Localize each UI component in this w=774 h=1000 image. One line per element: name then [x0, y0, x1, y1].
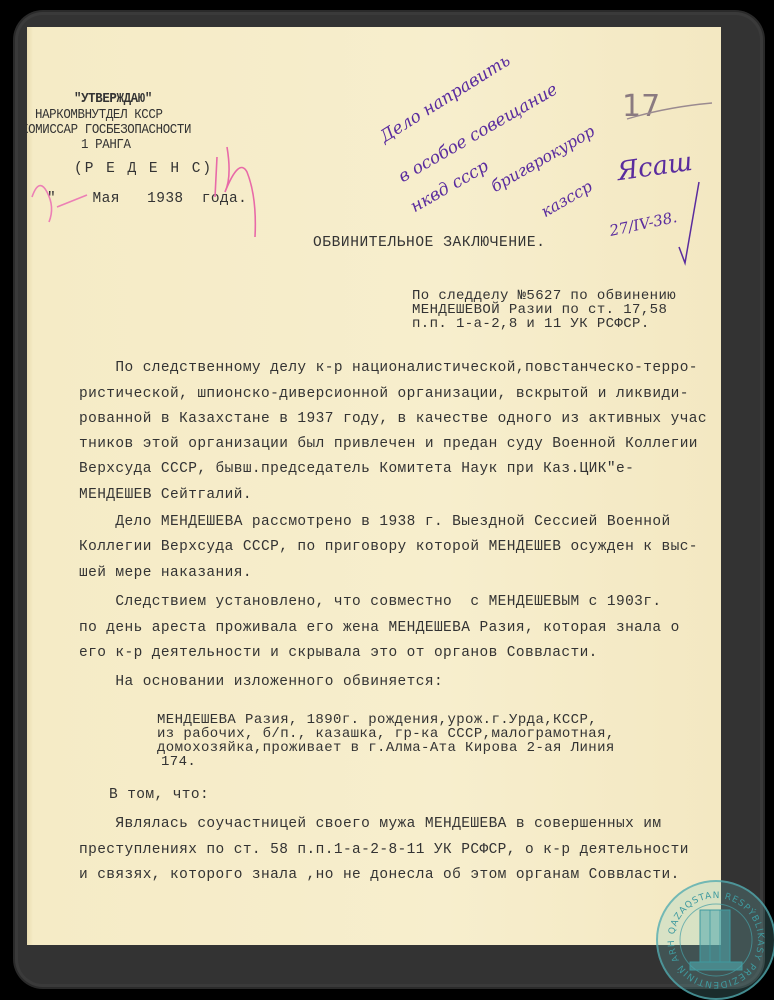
checkmark-icon [667, 177, 707, 267]
case-ref-line-2: МЕНДЕШЕВОЙ Разии по ст. 17,58 [412, 303, 667, 317]
body-line: МЕНДЕШЕВ Сейтгалий. [79, 487, 252, 503]
charge-line: и связях, которого знала ,но не донесла … [79, 867, 680, 883]
body-line: Верхсуда СССР, бывш.председатель Комитет… [79, 461, 634, 477]
body-line: На основании изложенного обвиняется: [79, 674, 443, 690]
body-line: По следственному делу к-р националистиче… [79, 360, 698, 376]
body-line: ристической, шпионско-диверсионной орган… [79, 386, 689, 402]
accused-line-2: из рабочих, б/п., казашка, гр-ка СССР,ма… [157, 727, 615, 741]
body-line: рованной в Казахстане в 1937 году, в кач… [79, 411, 707, 427]
document-page: "УТВЕРЖДАЮ" НАРКОМВНУТДЕЛ КССР КОМИССАР … [27, 27, 721, 945]
body-line: Коллегии Верхсуда СССР, по приговору кот… [79, 539, 698, 555]
accused-line-3: домохозяйка,проживает в г.Алма-Ата Киров… [157, 741, 615, 755]
pink-pencil-mark-icon [27, 137, 267, 247]
case-ref-line-3: п.п. 1-а-2,8 и 11 УК РСФСР. [412, 317, 650, 331]
accused-line-1: МЕНДЕШЕВА Разия, 1890г. рождения,урож.г.… [157, 713, 597, 727]
body-line: тников этой организации был привлечен и … [79, 436, 698, 452]
charge-intro: В том, что: [109, 787, 209, 803]
handwritten-line-5: казсср [538, 177, 596, 221]
body-line: шей мере наказания. [79, 565, 252, 581]
body-line: его к-р деятельности и скрывала это от о… [79, 645, 598, 661]
charge-line: Являлась соучастницей своего мужа МЕНДЕШ… [79, 816, 662, 832]
document-title: ОБВИНИТЕЛЬНОЕ ЗАКЛЮЧЕНИЕ. [313, 235, 546, 251]
body-line: Дело МЕНДЕШЕВА рассмотрено в 1938 г. Вые… [79, 514, 671, 530]
archive-stamp: QAZAQSTAN RESPÝBLIKASY PREZIDENTINIŃ ARH… [656, 880, 774, 1000]
charge-line: преступлениях по ст. 58 п.п.1-а-2-8-11 У… [79, 842, 689, 858]
accused-line-4: 174. [161, 755, 196, 769]
approval-rank: КОМИССАР ГОСБЕЗОПАСНОСТИ [27, 123, 191, 138]
case-ref-line-1: По следделу №5627 по обвинению [412, 289, 676, 303]
pencil-stroke-icon [617, 97, 717, 127]
approval-heading: "УТВЕРЖДАЮ" [74, 92, 152, 107]
body-line: по день ареста проживала его жена МЕНДЕШ… [79, 620, 680, 636]
body-line: Следствием установлено, что совместно с … [79, 594, 662, 610]
archive-building-icon: QAZAQSTAN RESPÝBLIKASY PREZIDENTINIŃ ARH… [658, 882, 774, 998]
approval-ministry: НАРКОМВНУТДЕЛ КССР [35, 108, 163, 123]
